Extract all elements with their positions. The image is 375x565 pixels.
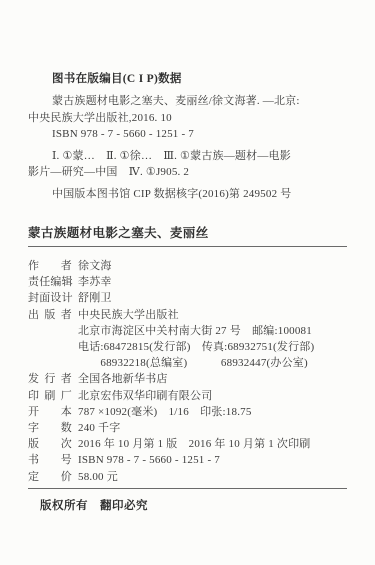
detail-label — [28, 355, 72, 371]
detail-value: 李苏幸 — [78, 274, 347, 290]
detail-value: 北京市海淀区中关村南大街 27 号 邮编:100081 — [78, 323, 347, 339]
detail-label: 字数 — [28, 420, 72, 436]
detail-value: 58.00 元 — [78, 469, 347, 485]
detail-value: 中央民族大学出版社 — [78, 307, 347, 323]
detail-value: 徐文海 — [78, 258, 347, 274]
detail-row: 定价58.00 元 — [28, 469, 347, 485]
detail-row: 责任编辑李苏幸 — [28, 274, 347, 290]
detail-label: 版次 — [28, 436, 72, 452]
detail-label — [28, 323, 72, 339]
detail-label: 书号 — [28, 452, 72, 468]
detail-row: 北京市海淀区中关村南大街 27 号 邮编:100081 — [28, 323, 347, 339]
cip-line: Ⅰ. ①蒙… Ⅱ. ①徐… Ⅲ. ①蒙古族—题材—电影 — [28, 148, 347, 165]
detail-value: ISBN 978 - 7 - 5660 - 1251 - 7 — [78, 452, 347, 468]
copyright-notice: 版权所有 翻印必究 — [28, 497, 347, 513]
detail-row: 68932218(总编室) 68932447(办公室) — [28, 355, 347, 371]
title-divider — [28, 246, 347, 247]
detail-label: 定价 — [28, 469, 72, 485]
cip-section: 图书在版编目(C I P)数据 蒙古族题材电影之塞夫、麦丽丝/徐文海著. —北京… — [28, 70, 347, 202]
detail-row: 开本787 ×1092(毫米) 1/16 印张:18.75 — [28, 404, 347, 420]
detail-value: 全国各地新华书店 — [78, 371, 347, 387]
detail-label: 印刷厂 — [28, 388, 72, 404]
detail-row: 字数240 千字 — [28, 420, 347, 436]
detail-row: 作者徐文海 — [28, 258, 347, 274]
detail-value: 舒刚卫 — [78, 290, 347, 306]
page-footer: 版权所有 翻印必究 — [28, 488, 347, 513]
detail-label: 作者 — [28, 258, 72, 274]
detail-row: 书号ISBN 978 - 7 - 5660 - 1251 - 7 — [28, 452, 347, 468]
detail-label — [28, 339, 72, 355]
detail-value: 北京宏伟双华印刷有限公司 — [78, 388, 347, 404]
detail-value: 787 ×1092(毫米) 1/16 印张:18.75 — [78, 404, 347, 420]
publication-details: 作者徐文海责任编辑李苏幸封面设计舒刚卫出版者中央民族大学出版社北京市海淀区中关村… — [28, 258, 347, 485]
cip-lines: 蒙古族题材电影之塞夫、麦丽丝/徐文海著. —北京:中央民族大学出版社,2016.… — [28, 93, 347, 202]
detail-label: 发行者 — [28, 371, 72, 387]
cip-line: 中央民族大学出版社,2016. 10 — [28, 110, 347, 127]
book-title: 蒙古族题材电影之塞夫、麦丽丝 — [28, 223, 347, 241]
detail-row: 发行者全国各地新华书店 — [28, 371, 347, 387]
cip-heading: 图书在版编目(C I P)数据 — [52, 70, 347, 86]
detail-label: 封面设计 — [28, 290, 72, 306]
detail-row: 印刷厂北京宏伟双华印刷有限公司 — [28, 388, 347, 404]
cip-line: 中国版本图书馆 CIP 数据核字(2016)第 249502 号 — [28, 186, 347, 203]
detail-row: 版次2016 年 10 月第 1 版 2016 年 10 月第 1 次印刷 — [28, 436, 347, 452]
detail-value: 电话:68472815(发行部) 传真:68932751(发行部) — [78, 339, 347, 355]
detail-row: 出版者中央民族大学出版社 — [28, 307, 347, 323]
detail-value: 240 千字 — [78, 420, 347, 436]
cip-line: 影片—研究—中国 Ⅳ. ①J905. 2 — [28, 164, 347, 181]
book-title-section: 蒙古族题材电影之塞夫、麦丽丝 — [28, 223, 347, 247]
detail-label: 责任编辑 — [28, 274, 72, 290]
footer-divider — [28, 488, 347, 489]
detail-row: 封面设计舒刚卫 — [28, 290, 347, 306]
cip-line: 蒙古族题材电影之塞夫、麦丽丝/徐文海著. —北京: — [28, 93, 347, 110]
detail-value: 2016 年 10 月第 1 版 2016 年 10 月第 1 次印刷 — [78, 436, 347, 452]
detail-value: 68932218(总编室) 68932447(办公室) — [78, 355, 347, 371]
copyright-page: 图书在版编目(C I P)数据 蒙古族题材电影之塞夫、麦丽丝/徐文海著. —北京… — [0, 0, 375, 565]
detail-label: 出版者 — [28, 307, 72, 323]
detail-row: 电话:68472815(发行部) 传真:68932751(发行部) — [28, 339, 347, 355]
cip-line: ISBN 978 - 7 - 5660 - 1251 - 7 — [28, 126, 347, 143]
detail-label: 开本 — [28, 404, 72, 420]
